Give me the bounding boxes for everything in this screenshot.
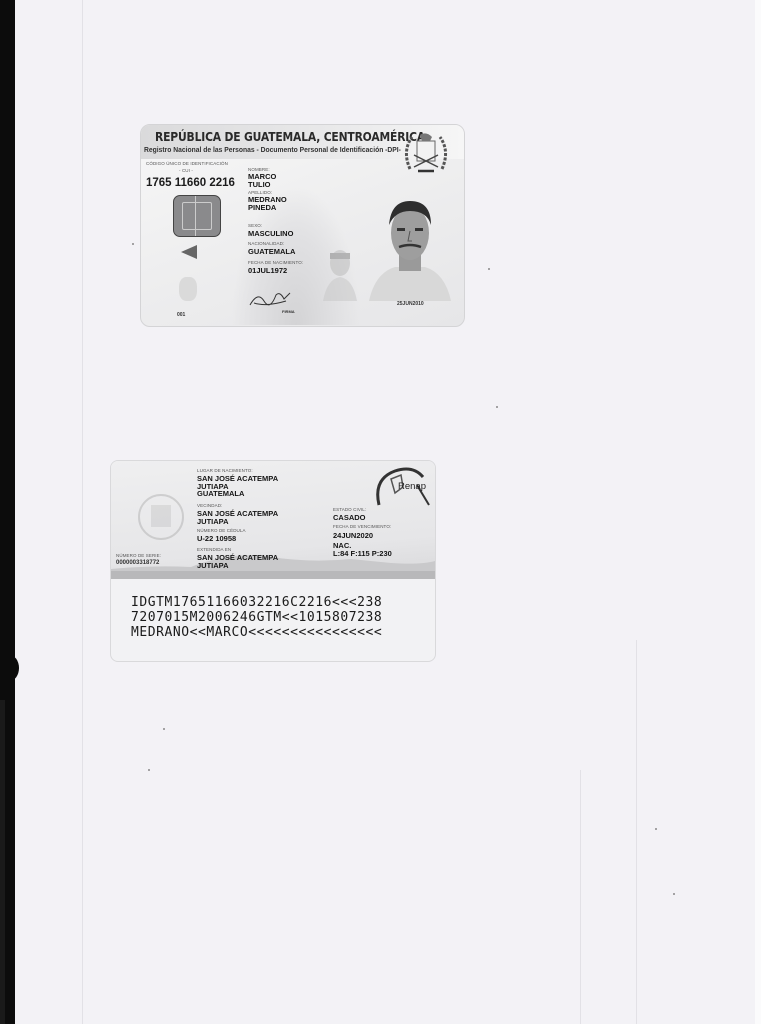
ghost-watermark xyxy=(179,277,197,301)
field-value-lugar-nacimiento: SAN JOSÉ ACATEMPA JUTIAPA GUATEMALA xyxy=(197,475,278,498)
paper-fold-line xyxy=(82,0,83,1024)
serial-label: NÚMERO DE SERIE: xyxy=(116,553,161,558)
issue-date: 25JUN2010 xyxy=(397,301,424,307)
cui-number: 1765 11660 2216 xyxy=(146,177,235,189)
field-label-nacionalidad: NACIONALIDAD: xyxy=(248,241,284,246)
mrz-line-3: MEDRANO<<MARCO<<<<<<<<<<<<<<<< xyxy=(131,625,382,640)
punch-hole-mark xyxy=(0,655,19,681)
vencimiento-label: FECHA DE VENCIMIENTO: xyxy=(333,524,391,529)
vencimiento-value: 24JUN2020 xyxy=(333,532,373,540)
field-value-nacionalidad: GUATEMALA xyxy=(248,248,295,256)
field-label-vecindad: VECINDAD: xyxy=(197,503,222,508)
paper-fold-line xyxy=(580,770,581,1024)
field-value-extendida: SAN JOSÉ ACATEMPA JUTIAPA xyxy=(197,554,278,569)
field-value-fecha-nacimiento: 01JUL1972 xyxy=(248,267,287,275)
scan-speck xyxy=(148,769,150,771)
field-label-lugar-nacimiento: LUGAR DE NACIMIENTO: xyxy=(197,468,253,473)
paper-fold-line xyxy=(636,640,637,1024)
serial-number: 0000003318772 xyxy=(116,560,159,566)
scan-speck xyxy=(655,828,657,830)
scan-speck xyxy=(163,728,165,730)
card-subtitle: Registro Nacional de las Personas - Docu… xyxy=(144,145,401,154)
holder-photo xyxy=(369,195,451,301)
card-small-serial: 001 xyxy=(177,312,185,318)
coat-of-arms-icon xyxy=(400,129,452,175)
field-label-cedula: NÚMERO DE CÉDULA xyxy=(197,528,246,533)
card-title: REPÚBLICA DE GUATEMALA, CENTROAMÉRICA xyxy=(155,129,425,144)
machine-readable-zone: IDGTM17651166032216C2216<<<2387207015M20… xyxy=(131,595,382,640)
field-value-vecindad: SAN JOSÉ ACATEMPA JUTIAPA xyxy=(197,510,278,525)
field-value-cedula: U-22 10958 xyxy=(197,535,236,543)
ghost-photo xyxy=(323,245,357,301)
signature-image xyxy=(246,287,296,309)
field-value-apellido: MEDRANO PINEDA xyxy=(248,196,287,211)
smart-chip-icon xyxy=(173,195,221,237)
scan-black-edge-lower xyxy=(0,700,5,1024)
scan-speck xyxy=(488,268,490,270)
id-card-back: Renap LUGAR DE NACIMIENTO: SAN JOSÉ ACAT… xyxy=(110,460,436,662)
triangle-left-icon xyxy=(181,245,197,259)
scan-speck xyxy=(496,406,498,408)
estado-civil-value: CASADO xyxy=(333,514,366,522)
mrz-line-2: 7207015M2006246GTM<<1015807238 xyxy=(131,610,382,625)
nac-line-2: L:84 F:115 P:230 xyxy=(333,550,392,558)
cui-label: CÓDIGO ÚNICO DE IDENTIFICACIÓN xyxy=(146,161,228,166)
field-label-extendida: EXTENDIDA EN xyxy=(197,547,231,552)
field-value-sexo: MASCULINO xyxy=(248,230,293,238)
field-label-sexo: SEXO: xyxy=(248,223,262,228)
signature-label: FIRMA xyxy=(282,309,295,314)
cui-sublabel: - CUI - xyxy=(179,168,193,173)
field-label-fecha-nacimiento: FECHA DE NACIMIENTO: xyxy=(248,260,303,265)
id-card-front: REPÚBLICA DE GUATEMALA, CENTROAMÉRICA Re… xyxy=(140,124,465,327)
estado-civil-label: ESTADO CIVIL: xyxy=(333,507,366,512)
paper-right-edge xyxy=(755,0,761,1024)
mrz-line-1: IDGTM17651166032216C2216<<<238 xyxy=(131,595,382,610)
renap-logo-text: Renap xyxy=(398,481,426,492)
scan-speck xyxy=(673,893,675,895)
scan-speck xyxy=(132,243,134,245)
field-value-nombre: MARCO TULIO xyxy=(248,173,276,188)
faded-seal-icon xyxy=(133,491,189,543)
